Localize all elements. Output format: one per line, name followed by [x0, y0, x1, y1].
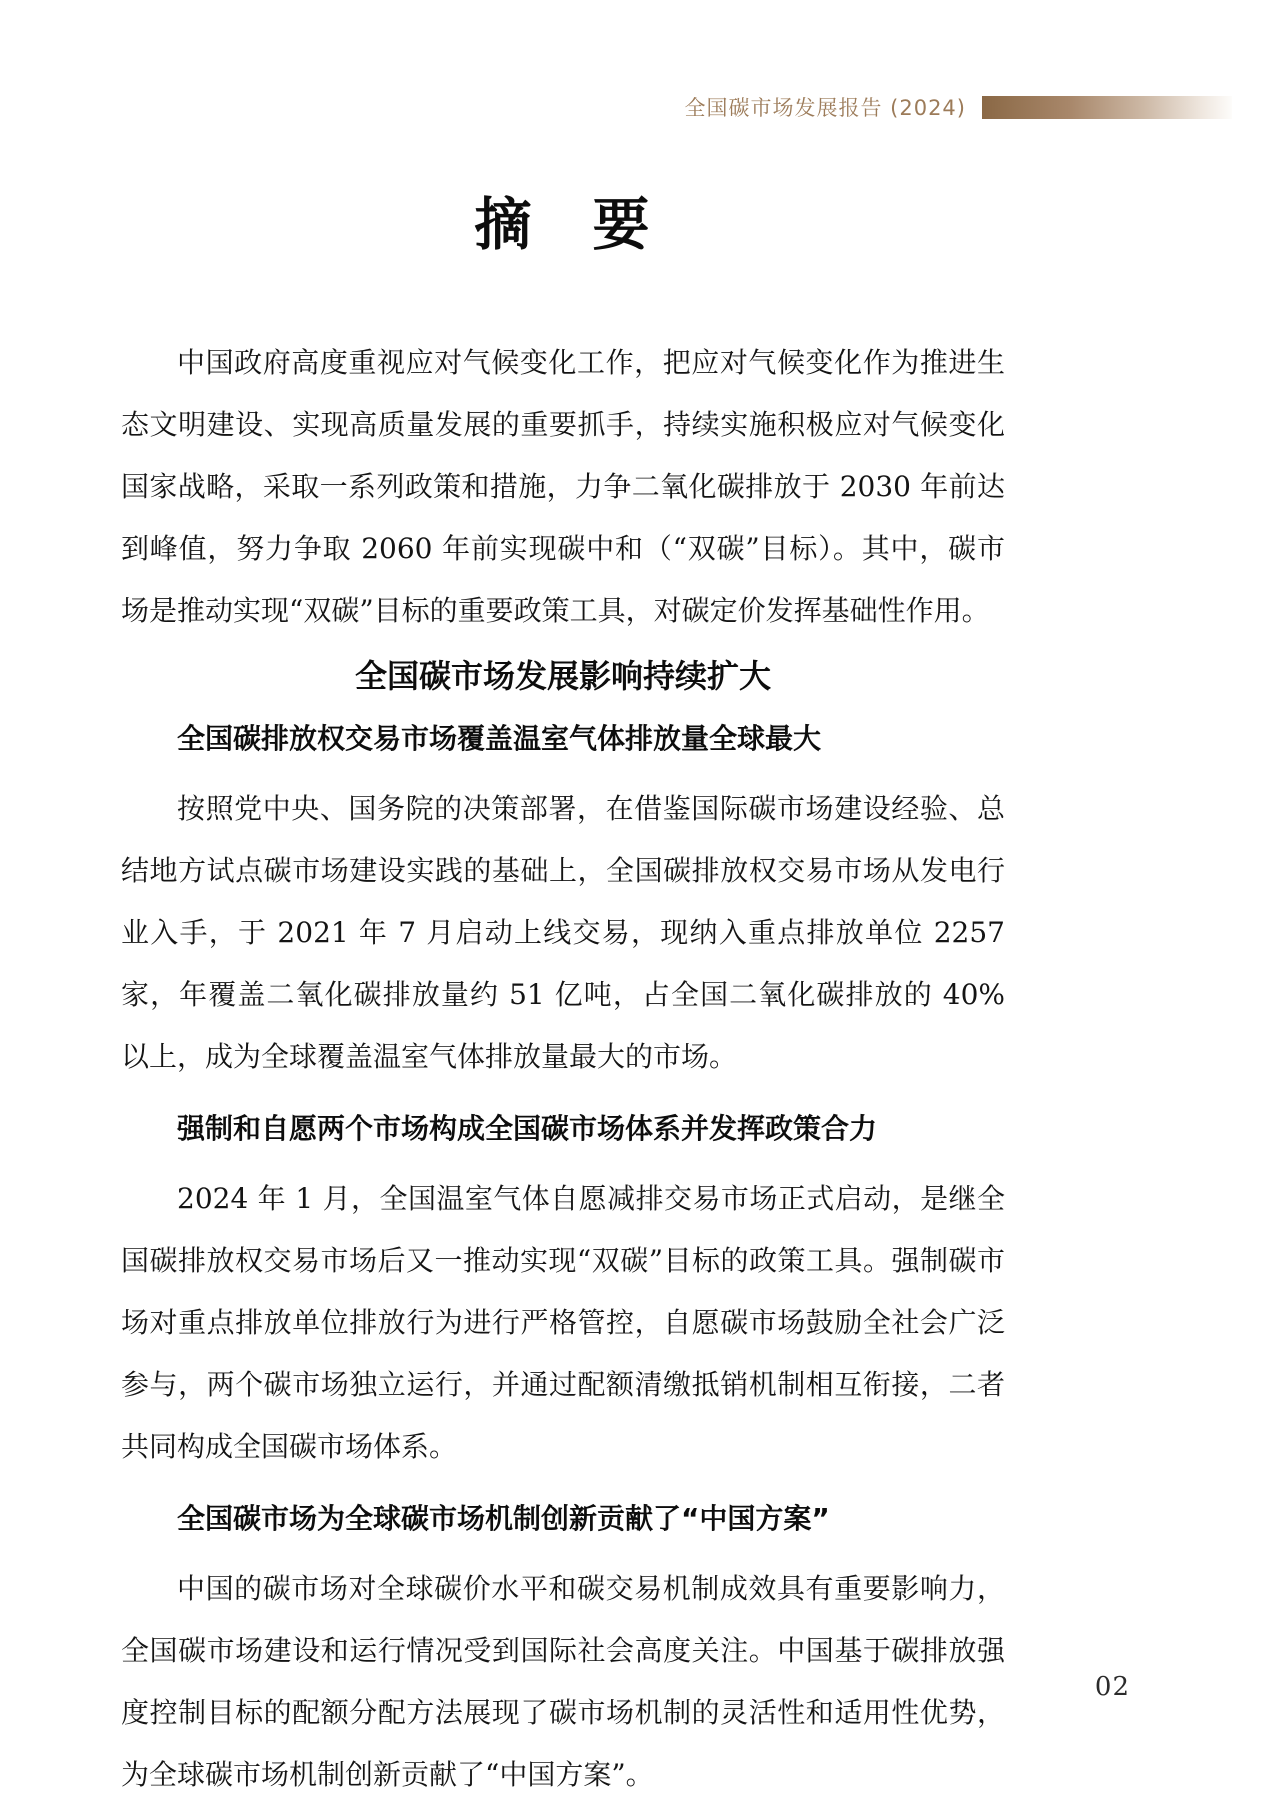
- subheading-china-solution: 全国碳市场为全球碳市场机制创新贡献了“中国方案”: [121, 1496, 1005, 1542]
- paragraph-coverage: 按照党中央、国务院的决策部署，在借鉴国际碳市场建设经验、总结地方试点碳市场建设实…: [121, 778, 1005, 1088]
- paragraph-china-solution: 中国的碳市场对全球碳价水平和碳交易机制成效具有重要影响力，全国碳市场建设和运行情…: [121, 1558, 1005, 1799]
- page-number: 02: [1095, 1670, 1130, 1704]
- page-title: 摘 要: [121, 190, 1005, 260]
- report-page: 全国碳市场发展报告 (2024) 摘 要 中国政府高度重视应对气候变化工作，把应…: [0, 0, 1280, 1799]
- paragraph-two-markets: 2024 年 1 月，全国温室气体自愿减排交易市场正式启动，是继全国碳排放权交易…: [121, 1168, 1005, 1478]
- subheading-coverage: 全国碳排放权交易市场覆盖温室气体排放量全球最大: [121, 716, 1005, 762]
- subheading-two-markets: 强制和自愿两个市场构成全国碳市场体系并发挥政策合力: [121, 1106, 1005, 1152]
- header-gradient-bar: [982, 96, 1232, 119]
- content-column: 摘 要 中国政府高度重视应对气候变化工作，把应对气候变化作为推进生态文明建设、实…: [121, 0, 1005, 1799]
- section-heading: 全国碳市场发展影响持续扩大: [121, 654, 1005, 698]
- paragraph-intro: 中国政府高度重视应对气候变化工作，把应对气候变化作为推进生态文明建设、实现高质量…: [121, 332, 1005, 642]
